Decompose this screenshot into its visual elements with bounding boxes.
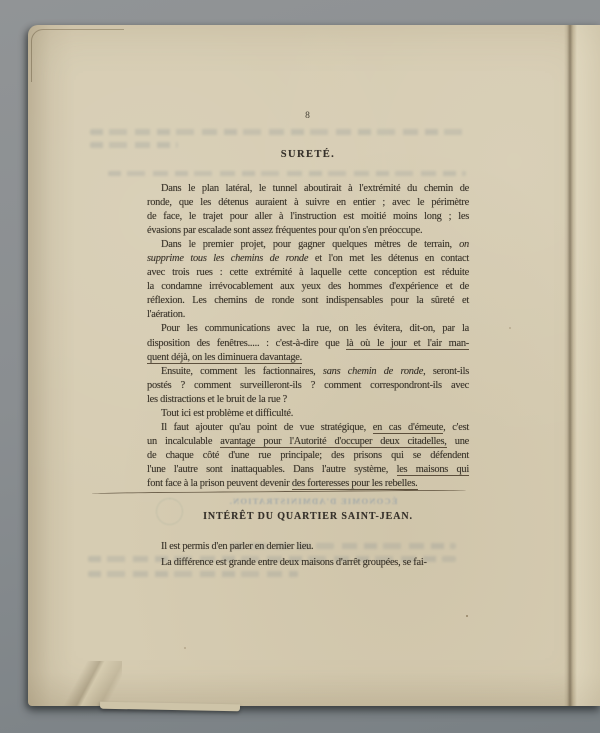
text-segment: postés ? comment surveilleront-ils ? com…	[147, 380, 469, 391]
pen-underlined-text: des forteresses pour les rebelles.	[292, 478, 418, 491]
page-number: 8	[147, 111, 469, 121]
text-segment: et l'on met les détenus en contact	[308, 253, 469, 264]
bleedthrough-line	[108, 171, 466, 176]
text-segment: évasions par escalade sont assez fréquen…	[147, 225, 422, 236]
text-segment: , seront-ils	[423, 366, 469, 377]
body-line: les distractions et le bruit de la rue ?	[147, 393, 469, 407]
section-heading-quartier-saint-jean: INTÉRÊT DU QUARTIER SAINT-JEAN.	[147, 511, 469, 522]
section-heading-surete: SURETÉ.	[147, 149, 469, 160]
body-line: l'une l'autre sont inattaquables. Dans l…	[147, 463, 469, 477]
bleedthrough-line	[90, 142, 178, 148]
body-line: Dans le premier projet, pour gagner quel…	[147, 238, 469, 252]
corner-crease	[31, 29, 124, 82]
text-segment: de face, le trajet pour aller à l'instru…	[147, 211, 469, 222]
text-segment: l'aération.	[147, 309, 185, 320]
text-segment: Il faut ajouter qu'au point de vue strat…	[161, 422, 373, 433]
text-segment: ronde, que les détenus auraient à suivre…	[147, 197, 469, 208]
body-line: réflexion. Les chemins de ronde sont ind…	[147, 294, 469, 308]
text-segment: la condamne irrévocablement aux yeux des…	[147, 281, 469, 292]
underlying-page-edge	[100, 702, 240, 712]
body-line: Il faut ajouter qu'au point de vue strat…	[147, 421, 469, 435]
bleedthrough-line	[88, 571, 298, 577]
italic-text: supprime tous les chemins de ronde	[147, 253, 308, 264]
text-segment: Dans le premier projet, pour gagner quel…	[161, 239, 459, 250]
body-line: Ensuite, comment les factionnaires, sans…	[147, 365, 469, 379]
body-line: l'aération.	[147, 308, 469, 322]
pen-underlined-text: les maisons qui	[397, 464, 469, 477]
foxing-speck	[184, 647, 186, 649]
body-line: évasions par escalade sont assez fréquen…	[147, 224, 469, 238]
text-segment: La différence est grande entre deux mais…	[161, 557, 427, 568]
body-line: postés ? comment surveilleront-ils ? com…	[147, 379, 469, 393]
body-line: Dans le plan latéral, le tunnel aboutira…	[147, 182, 469, 196]
text-segment: font face à la prison peuvent devenir	[147, 478, 292, 489]
text-segment: une	[447, 436, 469, 447]
text-segment: Il est permis d'en parler en dernier lie…	[161, 541, 313, 552]
body-line: avec trois rues : cette extrémité à laqu…	[147, 266, 469, 280]
paper-sheet: 8 SURETÉ. Dans le plan latéral, le tunne…	[28, 25, 600, 706]
text-segment: Ensuite, comment les factionnaires,	[161, 366, 323, 377]
body-line: La différence est grande entre deux mais…	[147, 555, 469, 571]
text-segment: Pour les communications avec la rue, on …	[161, 323, 469, 334]
pen-underlined-text: en cas d'émeute	[373, 422, 443, 435]
body-line: quent déjà, on les diminuera davantage.	[147, 351, 469, 365]
text-segment: un incalculable	[147, 436, 220, 447]
body-line: supprime tous les chemins de ronde et l'…	[147, 252, 469, 266]
body-line: de face, le trajet pour aller à l'instru…	[147, 210, 469, 224]
closing-text: Il est permis d'en parler en dernier lie…	[147, 539, 469, 571]
body-line: disposition des fenêtres..... : c'est-à-…	[147, 337, 469, 351]
pen-underlined-text: avantage pour l'Autorité d'occuper deux …	[220, 436, 446, 449]
pen-underlined-text: là où le jour et l'air man-	[346, 338, 469, 351]
foxing-speck	[466, 615, 468, 617]
corner-fold-shadow	[44, 661, 122, 706]
bleedthrough-line	[90, 129, 466, 135]
body-text: Dans le plan latéral, le tunnel aboutira…	[147, 182, 469, 491]
text-segment: de chaque côté d'une rue principale; des…	[147, 450, 469, 461]
text-segment: disposition des fenêtres..... : c'est-à-…	[147, 338, 346, 349]
bleedthrough-reverse-heading: ÉCONOMIE D'ADMINISTRATION.	[203, 496, 423, 506]
scanned-document: 8 SURETÉ. Dans le plan latéral, le tunne…	[0, 0, 600, 733]
body-line: un incalculable avantage pour l'Autorité…	[147, 435, 469, 449]
body-line: Il est permis d'en parler en dernier lie…	[147, 539, 469, 555]
text-segment: l'une l'autre sont inattaquables. Dans l…	[147, 464, 397, 475]
text-segment: Dans le plan latéral, le tunnel aboutira…	[161, 183, 469, 194]
text-segment: réflexion. Les chemins de ronde sont ind…	[147, 295, 469, 306]
page-fold	[564, 25, 600, 706]
body-line: ronde, que les détenus auraient à suivre…	[147, 196, 469, 210]
text-segment: avec trois rues : cette extrémité à laqu…	[147, 267, 469, 278]
text-segment: , c'est	[443, 422, 469, 433]
body-line: de chaque côté d'une rue principale; des…	[147, 449, 469, 463]
text-segment: les distractions et le bruit de la rue ?	[147, 394, 287, 405]
body-line: Tout ici est problème et difficulté.	[147, 407, 469, 421]
body-line: Pour les communications avec la rue, on …	[147, 322, 469, 336]
text-segment: Tout ici est problème et difficulté.	[161, 408, 293, 419]
foxing-speck	[509, 327, 511, 329]
italic-text: sans chemin de ronde	[323, 366, 423, 377]
italic-text: on	[459, 239, 469, 250]
pen-underlined-text: quent déjà, on les diminuera davantage.	[147, 352, 302, 365]
body-line: font face à la prison peuvent devenir de…	[147, 477, 469, 491]
body-line: la condamne irrévocablement aux yeux des…	[147, 280, 469, 294]
